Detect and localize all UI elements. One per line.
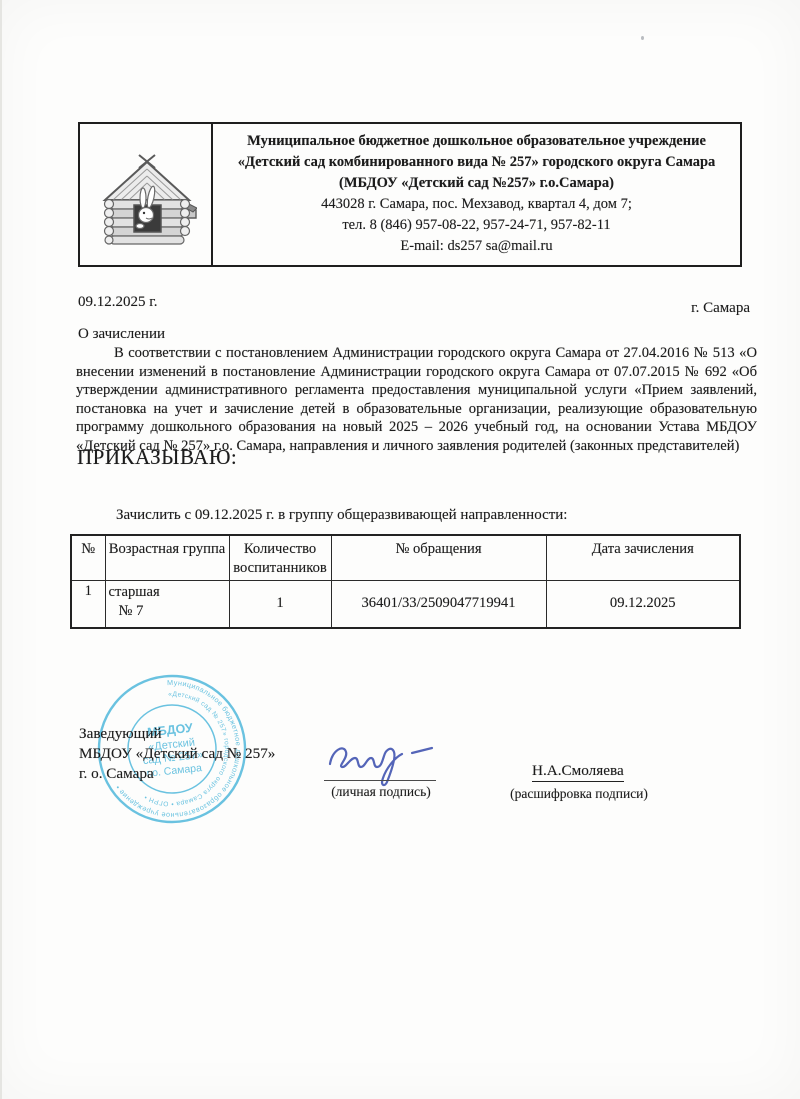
org-address: 443028 г. Самара, пос. Мехзавод, квартал… xyxy=(213,194,740,215)
col-header-date: Дата зачисления xyxy=(546,535,740,581)
col-header-count: Количество воспитанников xyxy=(229,535,331,581)
group-line2: № 7 xyxy=(119,603,144,619)
signer-name-caption: (расшифровка подписи) xyxy=(496,786,662,802)
enrollment-table: № Возрастная группа Количество воспитанн… xyxy=(70,534,741,629)
col-header-request: № обращения xyxy=(331,535,546,581)
logo-cell xyxy=(80,124,213,265)
org-name-line2: «Детский сад комбинированного вида № 257… xyxy=(213,152,740,173)
order-body-paragraph: В соответствии с постановлением Админист… xyxy=(76,344,757,456)
org-name-line3: (МБДОУ «Детский сад №257» г.о.Самара) xyxy=(213,173,740,194)
signature-underline xyxy=(324,780,436,781)
cell-num: 1 xyxy=(71,581,105,628)
cell-group: старшая № 7 xyxy=(105,581,229,628)
scan-edge-artifact xyxy=(0,0,2,1099)
org-name-line1: Муниципальное бюджетное дошкольное образ… xyxy=(213,131,740,152)
org-email: E-mail: ds257 sa@mail.ru xyxy=(213,236,740,257)
order-keyword: ПРИКАЗЫВАЮ: xyxy=(77,445,237,470)
order-date: 09.12.2025 г. xyxy=(78,294,157,317)
scan-speck-artifact xyxy=(641,36,644,40)
table-header-row: № Возрастная группа Количество воспитанн… xyxy=(71,535,740,581)
cell-request-no: 36401/33/2509047719941 xyxy=(331,581,546,628)
signer-position-line1: Заведующий xyxy=(79,724,275,744)
col-header-group: Возрастная группа xyxy=(105,535,229,581)
log-cabin-rabbit-icon xyxy=(97,152,197,252)
cell-count: 1 xyxy=(229,581,331,628)
col-header-num: № xyxy=(71,535,105,581)
signer-position-line3: г. о. Самара xyxy=(79,764,275,784)
signer-position-block: Заведующий МБДОУ «Детский сад № 257» г. … xyxy=(79,724,275,784)
letterhead-text: Муниципальное бюджетное дошкольное образ… xyxy=(213,124,740,265)
letterhead-box: Муниципальное бюджетное дошкольное образ… xyxy=(78,122,742,267)
cell-enroll-date: 09.12.2025 xyxy=(546,581,740,628)
subject-line: О зачислении xyxy=(78,326,165,343)
enroll-intro-line: Зачислить с 09.12.2025 г. в группу общер… xyxy=(116,507,567,524)
table-row: 1 старшая № 7 1 36401/33/2509047719941 0… xyxy=(71,581,740,628)
personal-sign-caption: (личная подпись) xyxy=(314,784,448,800)
order-city: г. Самара xyxy=(691,300,750,317)
signer-position-line2: МБДОУ «Детский сад № 257» xyxy=(79,744,275,764)
group-line1: старшая xyxy=(109,584,160,600)
date-city-row: 09.12.2025 г. г. Самара xyxy=(78,294,750,317)
org-phone: тел. 8 (846) 957-08-22, 957-24-71, 957-8… xyxy=(213,215,740,236)
document-page: Муниципальное бюджетное дошкольное образ… xyxy=(0,0,800,1099)
signer-name: Н.А.Смоляева xyxy=(532,762,624,782)
